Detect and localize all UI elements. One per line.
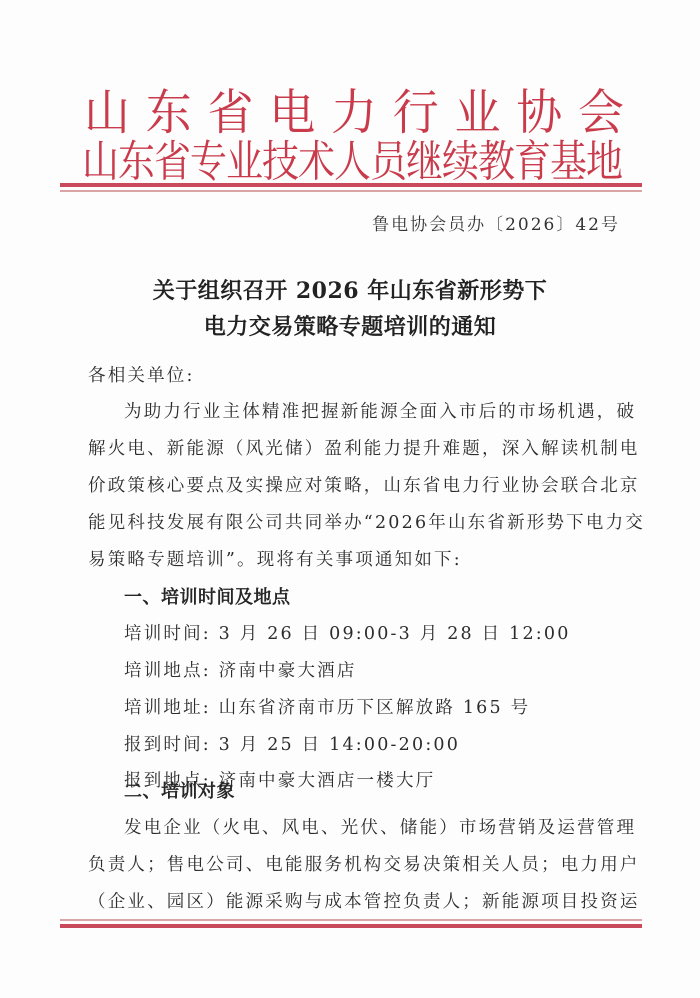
section1-item: 培训地点: 济南中豪大酒店 bbox=[124, 657, 357, 682]
section1-item: 报到时间: 3 月 25 日 14:00-20:00 bbox=[124, 731, 460, 756]
letterhead-char: 山 bbox=[84, 85, 130, 140]
section2-line: （企业、园区）能源采购与成本管控负责人；新能源项目投资运 bbox=[88, 888, 628, 913]
intro-line: 易策略专题培训”。现将有关事项通知如下: bbox=[88, 546, 628, 571]
letterhead-char: 省 bbox=[208, 85, 254, 140]
letterhead-char: 电 bbox=[269, 85, 315, 140]
section2-line: 负责人；售电公司、电能服务机构交易决策相关人员；电力用户 bbox=[88, 851, 628, 876]
title-line1: 关于组织召开 2026 年山东省新形势下 bbox=[0, 274, 700, 305]
salutation: 各相关单位: bbox=[88, 362, 628, 387]
letterhead-char: 业 bbox=[455, 85, 501, 140]
letterhead-char: 会 bbox=[578, 85, 624, 140]
section1-item: 培训时间: 3 月 26 日 09:00-3 月 28 日 12:00 bbox=[124, 620, 571, 645]
letterhead-char: 行 bbox=[393, 85, 439, 140]
intro-line: 价政策核心要点及实操应对策略，山东省电力行业协会联合北京 bbox=[88, 472, 628, 497]
header-rule-thin bbox=[60, 190, 642, 192]
letterhead-char: 东 bbox=[146, 85, 192, 140]
section2-line: 发电企业（火电、风电、光伏、储能）市场营销及运营管理 bbox=[124, 814, 664, 839]
letterhead-char: 力 bbox=[331, 85, 377, 140]
letterhead-line1: 山 东 省 电 力 行 业 协 会 bbox=[84, 86, 624, 138]
title-line2: 电力交易策略专题培训的通知 bbox=[0, 310, 700, 341]
footer-rule-thin bbox=[60, 919, 642, 921]
intro-line: 解火电、新能源（风光储）盈利能力提升难题，深入解读机制电 bbox=[88, 435, 628, 460]
section2-heading: 二、培训对象 bbox=[124, 777, 235, 803]
document-number: 鲁电协会员办〔2026〕42号 bbox=[372, 210, 620, 235]
footer-rule-thick bbox=[60, 924, 642, 928]
header-rule-thick bbox=[60, 183, 642, 187]
letterhead-char: 协 bbox=[516, 85, 562, 140]
intro-line: 能见科技发展有限公司共同举办“2026年山东省新形势下电力交 bbox=[88, 509, 628, 534]
intro-line: 为助力行业主体精准把握新能源全面入市后的市场机遇，破 bbox=[124, 398, 664, 423]
section1-item: 培训地址: 山东省济南市历下区解放路 165 号 bbox=[124, 694, 530, 719]
section1-heading: 一、培训时间及地点 bbox=[124, 583, 291, 609]
